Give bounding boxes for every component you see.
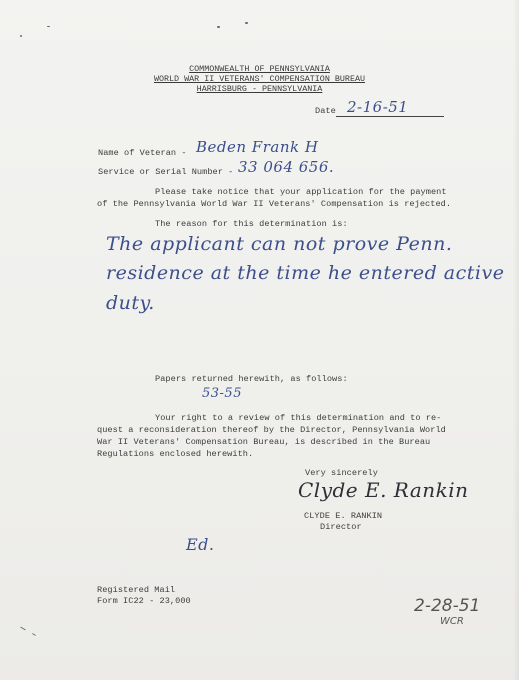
handwritten-signature: Clyde E. Rankin bbox=[298, 478, 469, 502]
serial-number-label: Service or Serial Number - bbox=[98, 167, 233, 177]
reason-label: The reason for this determination is: bbox=[155, 219, 348, 229]
date-label: Date bbox=[315, 106, 336, 116]
reason-line-3: duty. bbox=[106, 292, 155, 314]
footer-line-2: Form IC22 - 23,000 bbox=[97, 596, 191, 606]
letterhead-line-3: HARRISBURG - PENNSYLVANIA bbox=[0, 84, 519, 94]
date-value: 2-16-51 bbox=[347, 98, 408, 116]
signer-name: CLYDE E. RANKIN bbox=[304, 511, 382, 521]
veteran-name-value: Beden Frank H bbox=[196, 138, 318, 156]
signer-title: Director bbox=[320, 522, 362, 532]
papers-label: Papers returned herewith, as follows: bbox=[155, 374, 348, 384]
review-line-2: quest a reconsideration thereof by the D… bbox=[97, 425, 446, 435]
speck bbox=[32, 633, 36, 636]
closing: Very sincerely bbox=[305, 468, 378, 478]
letterhead-line-1: COMMONWEALTH OF PENNSYLVANIA bbox=[0, 64, 519, 74]
serial-number-value: 33 064 656. bbox=[238, 158, 334, 176]
notice-line-2: of the Pennsylvania World War II Veteran… bbox=[97, 199, 451, 209]
pencil-date-note: 2-28-51 bbox=[414, 596, 480, 616]
veteran-name-label: Name of Veteran - bbox=[98, 148, 187, 158]
handwritten-initials: Ed. bbox=[186, 535, 215, 554]
letterhead-line-2: WORLD WAR II VETERANS' COMPENSATION BURE… bbox=[0, 74, 519, 84]
notice-line-1: Please take notice that your application… bbox=[155, 187, 447, 197]
review-line-4: Regulations enclosed herewith. bbox=[97, 449, 253, 459]
footer-line-1: Registered Mail bbox=[97, 585, 175, 595]
review-line-1: Your right to a review of this determina… bbox=[155, 413, 441, 423]
page-edge-shadow bbox=[513, 0, 519, 680]
speck bbox=[47, 26, 50, 27]
review-line-3: War II Veterans' Compensation Bureau, is… bbox=[97, 437, 430, 447]
speck bbox=[245, 22, 248, 24]
speck bbox=[20, 35, 22, 37]
speck bbox=[217, 26, 220, 28]
date-underline bbox=[336, 116, 444, 117]
papers-value: 53-55 bbox=[202, 386, 242, 401]
document-page: COMMONWEALTH OF PENNSYLVANIA WORLD WAR I… bbox=[0, 0, 519, 680]
reason-line-1: The applicant can not prove Penn. bbox=[106, 233, 452, 255]
speck bbox=[20, 627, 26, 631]
reason-line-2: residence at the time he entered active bbox=[106, 262, 504, 284]
pencil-initials-note: WCR bbox=[440, 616, 464, 627]
